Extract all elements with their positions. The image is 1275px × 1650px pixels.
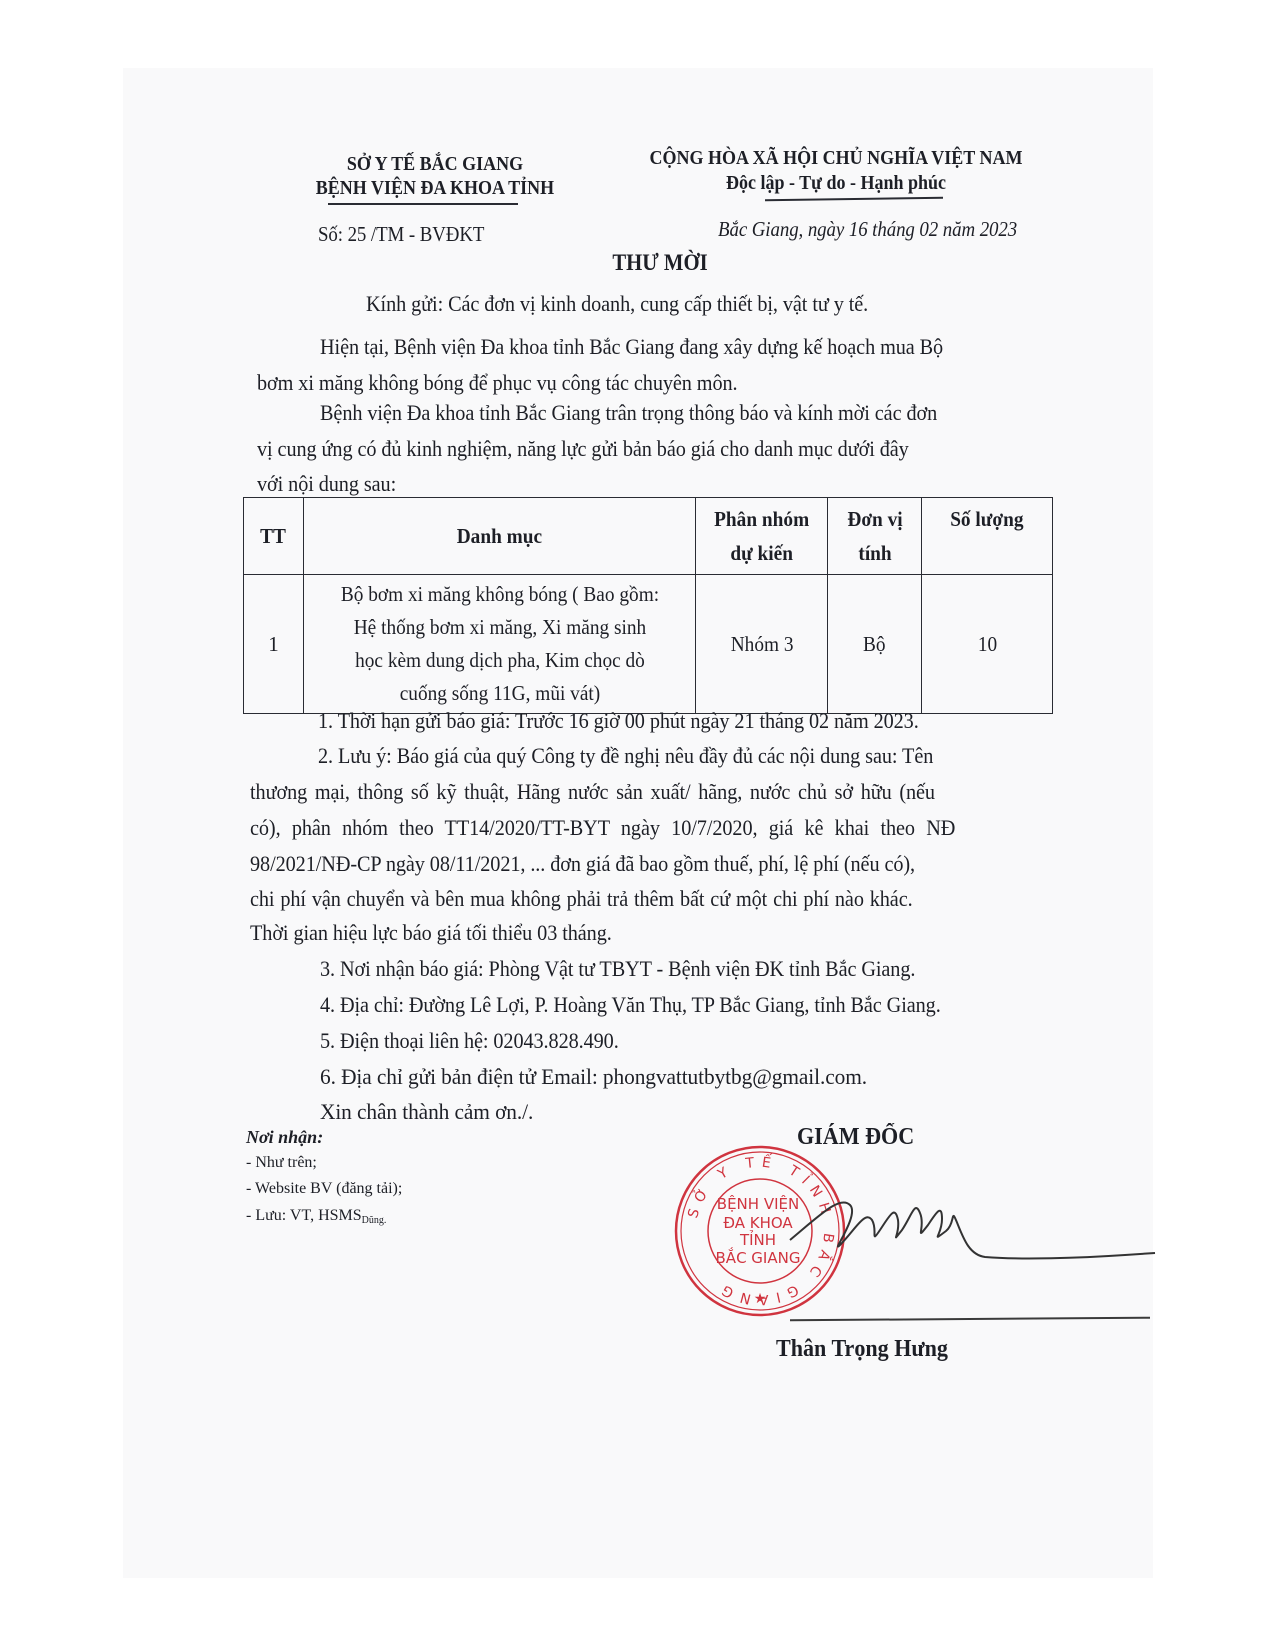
closing-thanks: Xin chân thành cảm ơn./. — [320, 1099, 533, 1125]
hospital-name: BỆNH VIỆN ĐA KHOA TỈNH — [282, 177, 588, 200]
national-motto: Độc lập - Tự do - Hạnh phúc — [674, 172, 998, 195]
handwritten-signature-icon — [780, 1185, 1160, 1325]
document-number: Số: 25 /TM - BVĐKT — [318, 222, 484, 247]
item-2-line-4: 98/2021/NĐ-CP ngày 08/11/2021, ... đơn g… — [250, 851, 915, 877]
paragraph-2-line-3: với nội dung sau: — [257, 471, 396, 497]
cell-qty: 10 — [922, 575, 1053, 714]
item-2-line-6: Thời gian hiệu lực báo giá tối thiểu 03 … — [250, 920, 612, 946]
item-2-line-3: có), phân nhóm theo TT14/2020/TT-BYT ngà… — [250, 815, 955, 841]
place-date: Bắc Giang, ngày 16 tháng 02 năm 2023 — [718, 217, 1017, 242]
table-header-row: TT Danh mục Phân nhómdự kiến Đơn vịtính … — [244, 498, 1053, 575]
letter-title: THƯ MỜI — [543, 250, 777, 276]
item-3-receiving-place: 3. Nơi nhận báo giá: Phòng Vật tư TBYT -… — [320, 956, 915, 982]
cell-group: Nhóm 3 — [696, 575, 828, 714]
cell-item: Bộ bơm xi măng không bóng ( Bao gồm: Hệ … — [303, 575, 695, 714]
item-4-address: 4. Địa chỉ: Đường Lê Lợi, P. Hoàng Văn T… — [320, 992, 941, 1018]
svg-text:TỈNH: TỈNH — [739, 1229, 776, 1249]
item-1-deadline: 1. Thời hạn gửi báo giá: Trước 16 giờ 00… — [318, 708, 919, 734]
item-2-line-2: thương mại, thông số kỹ thuật, Hãng nước… — [250, 779, 935, 805]
col-header-unit: Đơn vịtính — [828, 498, 922, 575]
paragraph-1-line-1: Hiện tại, Bệnh viện Đa khoa tỉnh Bắc Gia… — [320, 334, 943, 360]
col-header-qty: Số lượng — [922, 498, 1053, 575]
item-2-line-1: 2. Lưu ý: Báo giá của quý Công ty đề ngh… — [318, 743, 1016, 769]
recipient-1: - Như trên; — [246, 1150, 317, 1176]
svg-text:★: ★ — [754, 1292, 767, 1307]
item-2-line-5: chi phí vận chuyển và bên mua không phải… — [250, 886, 913, 912]
cell-unit: Bộ — [828, 575, 922, 714]
item-5-phone: 5. Điện thoại liên hệ: 02043.828.490. — [320, 1028, 619, 1054]
items-table: TT Danh mục Phân nhómdự kiến Đơn vịtính … — [243, 497, 1053, 714]
table-row: 1 Bộ bơm xi măng không bóng ( Bao gồm: H… — [244, 575, 1053, 714]
signer-name: Thân Trọng Hưng — [776, 1336, 948, 1363]
col-header-item: Danh mục — [303, 498, 695, 575]
item-6-email: 6. Địa chỉ gửi bản điện tử Email: phongv… — [320, 1064, 867, 1090]
paragraph-1-line-2: bơm xi măng không bóng để phục vụ công t… — [257, 370, 738, 396]
col-header-group: Phân nhómdự kiến — [696, 498, 828, 575]
drafter-initials: Dũng. — [362, 1215, 387, 1226]
paragraph-2-line-1: Bệnh viện Đa khoa tỉnh Bắc Giang trân tr… — [320, 400, 937, 426]
cell-tt: 1 — [244, 575, 304, 714]
paragraph-2-line-2: vị cung ứng có đủ kinh nghiệm, năng lực … — [257, 436, 909, 462]
recipient-2: - Website BV (đăng tải); — [246, 1176, 402, 1202]
left-header-underline — [328, 203, 518, 205]
agency-name: SỞ Y TẾ BẮC GIANG — [300, 153, 570, 176]
salutation: Kính gửi: Các đơn vị kinh doanh, cung cấ… — [366, 291, 868, 317]
col-header-tt: TT — [244, 498, 304, 575]
recipient-3: - Lưu: VT, HSMSDũng. — [246, 1203, 386, 1234]
recipients-title: Nơi nhận: — [246, 1127, 323, 1148]
national-title: CỘNG HÒA XÃ HỘI CHỦ NGHĨA VIỆT NAM — [629, 147, 1043, 170]
